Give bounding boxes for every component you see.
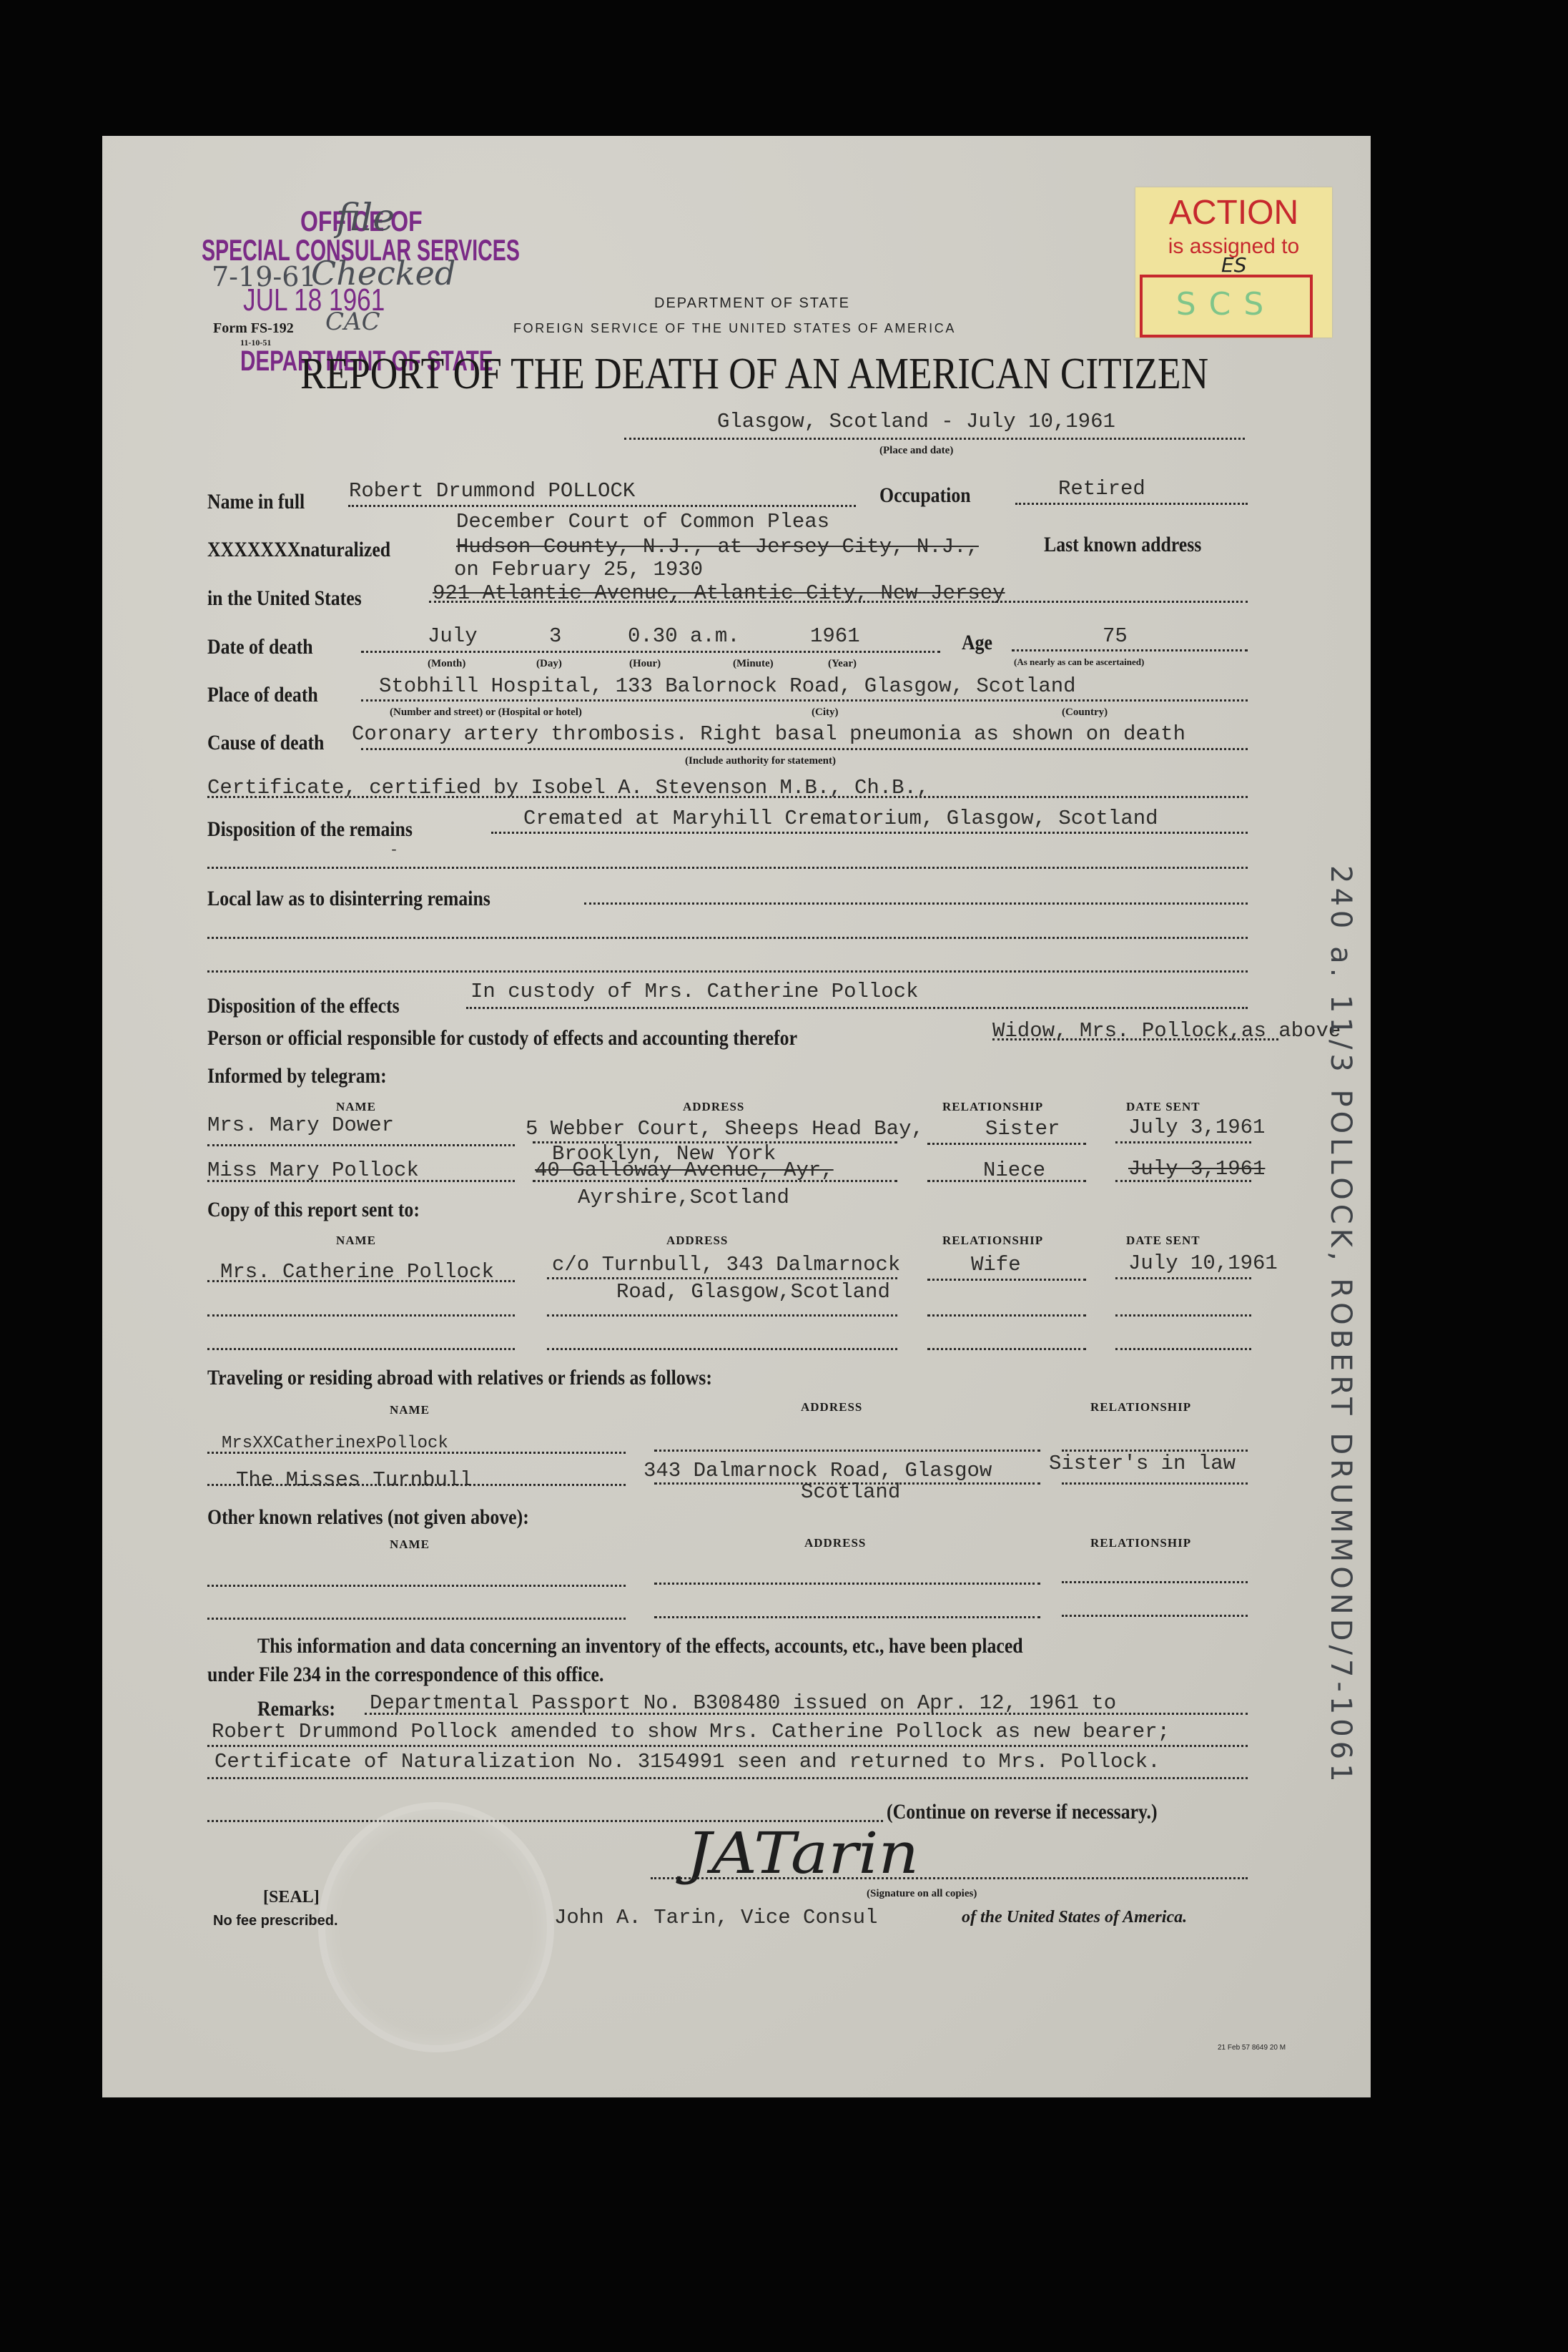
remarks-line2: Robert Drummond Pollock amended to show … [212, 1720, 1170, 1743]
dod-month: July [428, 624, 478, 648]
copy-row1-address: c/o Turnbull, 343 Dalmarnock [552, 1253, 900, 1276]
place-and-date-value: Glasgow, Scotland - July 10,1961 [717, 410, 1115, 433]
other-col-address: ADDRESS [804, 1536, 866, 1550]
telegram-col-date: DATE SENT [1126, 1100, 1200, 1114]
telegram-row1-relationship: Sister [985, 1117, 1060, 1141]
copy-col-relationship: RELATIONSHIP [942, 1234, 1043, 1248]
traveling-label: Traveling or residing abroad with relati… [207, 1366, 712, 1390]
dod-year: 1961 [810, 624, 860, 648]
print-code: 21 Feb 57 8649 20 M [1218, 2044, 1286, 2052]
telegram-label: Informed by telegram: [207, 1064, 387, 1088]
remarks-line1: Departmental Passport No. B308480 issued… [370, 1691, 1116, 1715]
copy-row1-relationship: Wife [971, 1253, 1021, 1276]
occupation-value: Retired [1058, 477, 1145, 501]
traveling-row1-relationship: Sister's in law [1049, 1452, 1236, 1475]
embossed-seal [318, 1802, 554, 2052]
action-slip: ACTION is assigned to ES SCS [1135, 187, 1332, 338]
copy-col-address: ADDRESS [666, 1234, 728, 1248]
copy-row1-date: July 10,1961 [1128, 1251, 1278, 1275]
remains-label: Disposition of the remains [207, 817, 413, 842]
naturalized-place: Hudson County, N.J., at Jersey City, N.J… [456, 535, 979, 559]
caption-minute: (Minute) [733, 658, 774, 670]
last-address-label: Last known address [1044, 533, 1201, 557]
disinter-label: Local law as to disinterring remains [207, 887, 490, 911]
effects-value: In custody of Mrs. Catherine Pollock [470, 980, 919, 1003]
age-label: Age [962, 631, 992, 655]
caption-month: (Month) [428, 658, 465, 670]
traveling-col-address: ADDRESS [801, 1400, 862, 1414]
place-of-death-label: Place of death [207, 683, 318, 707]
traveling-row1-address: 343 Dalmarnock Road, Glasgow [644, 1459, 992, 1482]
traveling-row1-name: The Misses Turnbull [236, 1468, 473, 1492]
cause-line1: Coronary artery thrombosis. Right basal … [352, 722, 1185, 746]
naturalized-court: December Court of Common Pleas [456, 510, 829, 533]
department-heading: DEPARTMENT OF STATE [654, 295, 850, 312]
handwritten-date: 7-19-61 [212, 261, 317, 292]
form-number: Form FS-192 [213, 320, 294, 337]
naturalized-label: naturalized [300, 538, 390, 562]
telegram-row2-relationship: Niece [983, 1158, 1045, 1182]
caption-street: (Number and street) or (Hospital or hote… [390, 707, 582, 719]
action-title: ACTION [1135, 193, 1332, 232]
copy-sent-label: Copy of this report sent to: [207, 1198, 420, 1222]
telegram-row2-name: Miss Mary Pollock [207, 1158, 419, 1182]
telegram-row2-address2: Ayrshire,Scotland [578, 1186, 789, 1209]
age-caption: (As nearly as can be ascertained) [1014, 656, 1144, 668]
dod-day: 3 [549, 624, 561, 648]
native-overtype: XXXXXXX [207, 538, 300, 562]
continue-note: (Continue on reverse if necessary.) [887, 1800, 1158, 1824]
caption-day: (Day) [536, 658, 562, 670]
consul-name: John A. Tarin, Vice Consul [554, 1906, 877, 1929]
action-es: ES [1221, 253, 1246, 277]
telegram-row2-date: July 3,1961 [1128, 1157, 1265, 1181]
action-scs: SCS [1143, 286, 1310, 323]
telegram-row1-name: Mrs. Mary Dower [207, 1113, 394, 1137]
place-of-death-value: Stobhill Hospital, 133 Balornock Road, G… [379, 674, 1076, 698]
signature-caption: (Signature on all copies) [867, 1888, 977, 1900]
remarks-line3: Certificate of Naturalization No. 315499… [215, 1750, 1160, 1773]
dash-mark: - [390, 842, 398, 859]
caption-year: (Year) [828, 658, 857, 670]
traveling-row1-address2: Scotland [801, 1480, 900, 1504]
telegram-row1-address: 5 Webber Court, Sheeps Head Bay, [526, 1117, 924, 1141]
telegram-col-relationship: RELATIONSHIP [942, 1100, 1043, 1114]
age-value: 75 [1103, 624, 1128, 648]
caption-hour: (Hour) [629, 658, 661, 670]
form-date: 11-10-51 [240, 338, 271, 348]
handwritten-initials: CAC [325, 307, 380, 336]
effects-label: Disposition of the effects [207, 994, 400, 1018]
traveling-col-relationship: RELATIONSHIP [1090, 1400, 1191, 1414]
remarks-label: Remarks: [257, 1697, 335, 1721]
handwritten-checked: Checked [311, 254, 455, 292]
action-box: SCS [1140, 275, 1313, 338]
traveling-col-name: NAME [390, 1403, 430, 1417]
telegram-row2-address: 40 Galloway Avenue, Ayr, [535, 1158, 834, 1182]
telegram-col-name: NAME [336, 1100, 376, 1114]
telegram-row1-date: July 3,1961 [1128, 1116, 1265, 1139]
naturalized-date: on February 25, 1930 [454, 558, 703, 581]
caption-city: (City) [812, 707, 839, 719]
consul-of-us: of the United States of America. [962, 1908, 1187, 1927]
handwritten-file: file [336, 197, 395, 240]
cause-label: Cause of death [207, 731, 324, 755]
other-col-relationship: RELATIONSHIP [1090, 1536, 1191, 1550]
telegram-col-address: ADDRESS [683, 1100, 744, 1114]
margin-file-note: 240 a. 11/3 POLLOCK, ROBERT DRUMMOND/7-1… [1324, 865, 1357, 1786]
foreign-service-heading: FOREIGN SERVICE OF THE UNITED STATES OF … [513, 321, 956, 336]
occupation-label: Occupation [879, 483, 971, 508]
custody-label: Person or official responsible for custo… [207, 1026, 797, 1050]
caption-country: (Country) [1062, 707, 1108, 719]
copy-col-name: NAME [336, 1234, 376, 1248]
dod-time: 0.30 a.m. [628, 624, 740, 648]
inventory-line1: This information and data concerning an … [257, 1634, 1023, 1658]
copy-col-date: DATE SENT [1126, 1234, 1200, 1248]
name-value: Robert Drummond POLLOCK [349, 479, 635, 503]
traveling-struck-entry: MrsXXCatherinexPollock [222, 1434, 448, 1453]
date-of-death-label: Date of death [207, 635, 313, 659]
name-label: Name in full [207, 490, 305, 514]
place-and-date-caption: (Place and date) [879, 445, 953, 457]
remains-value: Cremated at Maryhill Crematorium, Glasgo… [523, 807, 1158, 830]
other-relatives-label: Other known relatives (not given above): [207, 1505, 529, 1530]
no-fee-note: No fee prescribed. [213, 1913, 338, 1929]
cause-caption: (Include authority for statement) [685, 755, 836, 767]
other-col-name: NAME [390, 1537, 430, 1552]
report-title: REPORT OF THE DEATH OF AN AMERICAN CITIZ… [300, 349, 1208, 400]
seal-label: [SEAL] [263, 1888, 320, 1907]
inventory-line2: under File 234 in the correspondence of … [207, 1663, 603, 1687]
in-us-label: in the United States [207, 586, 362, 611]
copy-row1-address2: Road, Glasgow,Scotland [616, 1280, 890, 1304]
